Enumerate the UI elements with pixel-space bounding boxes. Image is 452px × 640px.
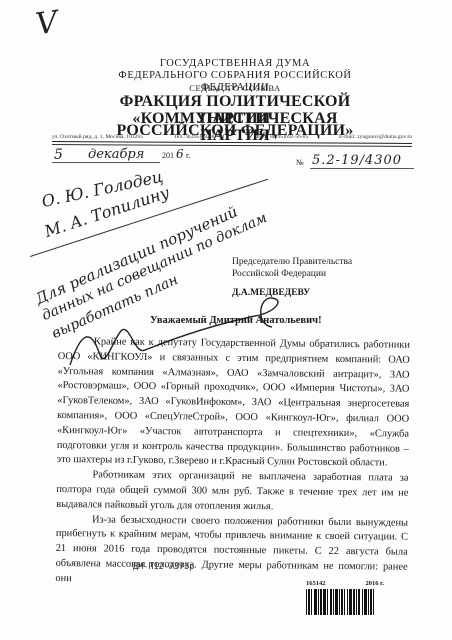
registration-number: 165142 [306, 580, 326, 587]
addressee-title: Председателю Правительства [232, 256, 352, 268]
contact-address: ул. Охотный ряд, д. 1, Москва, 103265 [52, 134, 143, 140]
body-paragraph-2: Работникам этих организаций не выплачена… [56, 468, 408, 516]
date-month: декабря [88, 147, 144, 162]
reference-underline [310, 168, 414, 169]
document-code: ДМ-П12-7373р [133, 562, 194, 572]
contact-email: E-mail: zyuganov@duma.gov.ru [339, 134, 412, 140]
date-year-prefix: 201 [162, 151, 174, 160]
reference-number: 5.2-19/4300 [312, 153, 402, 168]
date-year-mark: г. [186, 151, 190, 160]
reference-label: № [296, 158, 304, 167]
body-paragraph-3: Из-за безысходности своего положения раб… [55, 513, 408, 591]
letter-body: Крайне как к депутату Государственной Ду… [55, 335, 410, 590]
corner-check-mark: V [34, 5, 60, 43]
date-year-suffix: 6 [176, 147, 184, 161]
scanned-letter-page: V ГОСУДАРСТВЕННАЯ ДУМА ФЕДЕРАЛЬНОГО СОБР… [0, 0, 452, 640]
date-field: 5 декабря 201 6 г. [52, 150, 212, 164]
date-underline [52, 162, 160, 163]
registration-stamp: 165142 2016 г. [306, 580, 384, 615]
barcode-icon [306, 589, 384, 615]
contact-phone: Тел.: 8(495)692-87-44 [174, 134, 225, 140]
salutation: Уважаемый Дмитрий Анатольевич! [150, 315, 322, 326]
body-paragraph-1: Крайне как к депутату Государственной Ду… [57, 335, 410, 472]
letterhead-contacts: ул. Охотный ряд, д. 1, Москва, 103265 Те… [52, 134, 412, 140]
reference-field: № 5.2-19/4300 [296, 155, 416, 171]
letterhead-duma: ГОСУДАРСТВЕННАЯ ДУМА [90, 58, 380, 70]
addressee-block: Председателю Правительства Российской Фе… [232, 256, 352, 299]
contact-fax: Факс: 8(495)692-56-85 [255, 134, 308, 140]
registration-year: 2016 г. [366, 580, 384, 587]
date-day: 5 [54, 147, 63, 163]
addressee-org: Российской Федерации [232, 268, 352, 280]
